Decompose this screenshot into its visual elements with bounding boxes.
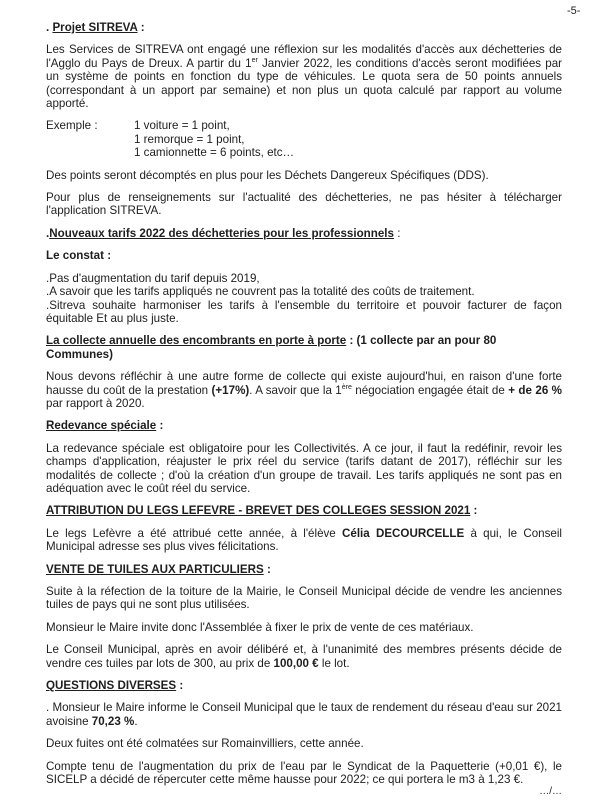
- superscript: ère: [342, 384, 352, 391]
- heading-title: QUESTIONS DIVERSES: [46, 679, 176, 692]
- section-heading-questions: QUESTIONS DIVERSES :: [46, 679, 562, 692]
- paragraph: Nous devons réfléchir à une autre forme …: [46, 370, 562, 410]
- subheading-constat: Le constat :: [46, 249, 562, 262]
- section-heading-tuiles: VENTE DE TUILES AUX PARTICULIERS :: [46, 563, 562, 576]
- page-number: -5-: [567, 5, 580, 18]
- heading-suffix: :: [138, 21, 145, 34]
- bold-text: (+17%): [212, 384, 250, 397]
- heading-suffix: :: [470, 504, 477, 517]
- heading-suffix: :: [264, 563, 271, 576]
- bold-text: Célia DECOURCELLE: [342, 527, 464, 540]
- heading-title: VENTE DE TUILES AUX PARTICULIERS: [46, 563, 264, 576]
- constat-item: .Pas d'augmentation du tarif depuis 2019…: [46, 272, 562, 285]
- paragraph: La redevance spéciale est obligatoire po…: [46, 442, 562, 496]
- paragraph: Compte tenu de l'augmentation du prix de…: [46, 760, 562, 787]
- text: par rapport à 2020.: [46, 397, 145, 410]
- heading-suffix: :: [394, 227, 400, 240]
- heading-title: Redevance spéciale: [46, 419, 156, 432]
- constat-item: .Sitreva souhaite harmoniser les tarifs …: [46, 299, 562, 326]
- example-item: 1 voiture = 1 point,: [134, 119, 294, 132]
- document-body: . Projet SITREVA : Les Services de SITRE…: [46, 21, 562, 799]
- text: négociation engagée était de: [352, 384, 508, 397]
- paragraph: Le legs Lefèvre a été attribué cette ann…: [46, 527, 562, 554]
- text: le lot.: [319, 657, 350, 670]
- constat-item: .A savoir que les tarifs appliqués ne co…: [46, 285, 562, 298]
- text: Le legs Lefèvre a été attribué cette ann…: [46, 527, 342, 540]
- paragraph: Pour plus de renseignements sur l'actual…: [46, 191, 562, 218]
- heading-title: ATTRIBUTION DU LEGS LEFEVRE - BREVET DES…: [46, 504, 470, 517]
- section-heading-collecte: La collecte annuelle des encombrants en …: [46, 334, 562, 361]
- example-item: 1 remorque = 1 point,: [134, 133, 294, 146]
- example-item: 1 camionnette = 6 points, etc…: [134, 146, 294, 159]
- heading-suffix: :: [156, 419, 163, 432]
- paragraph: . Monsieur le Maire informe le Conseil M…: [46, 701, 562, 728]
- section-heading-legs: ATTRIBUTION DU LEGS LEFEVRE - BREVET DES…: [46, 504, 562, 517]
- text: . A savoir que la 1: [249, 384, 342, 397]
- example-label: Exemple :: [46, 119, 134, 159]
- paragraph: Des points seront décomptés en plus pour…: [46, 169, 562, 182]
- heading-title: La collecte annuelle des encombrants en …: [46, 334, 346, 347]
- section-heading-tarifs: .Nouveaux tarifs 2022 des déchetteries p…: [46, 227, 562, 240]
- heading-suffix: :: [176, 679, 183, 692]
- continuation-mark: …/…: [46, 785, 562, 798]
- example-block: Exemple : 1 voiture = 1 point, 1 remorqu…: [46, 119, 562, 159]
- bold-text: 70,23 %: [92, 715, 135, 728]
- paragraph: Monsieur le Maire invite donc l'Assemblé…: [46, 621, 562, 634]
- section-heading-redevance: Redevance spéciale :: [46, 419, 562, 432]
- text: .: [134, 715, 137, 728]
- constat-list: .Pas d'augmentation du tarif depuis 2019…: [46, 272, 562, 326]
- heading-title: Nouveaux tarifs 2022 des déchetteries po…: [49, 227, 394, 240]
- heading-title: Projet SITREVA: [52, 21, 137, 34]
- paragraph: Deux fuites ont été colmatées sur Romain…: [46, 737, 562, 750]
- example-items: 1 voiture = 1 point, 1 remorque = 1 poin…: [134, 119, 294, 159]
- paragraph: Suite à la réfection de la toiture de la…: [46, 585, 562, 612]
- paragraph: Le Conseil Municipal, après en avoir dél…: [46, 643, 562, 670]
- paragraph: Les Services de SITREVA ont engagé une r…: [46, 43, 562, 110]
- bold-text: 100,00 €: [274, 657, 319, 670]
- section-heading-sitreva: . Projet SITREVA :: [46, 21, 562, 34]
- bold-text: + de 26 %: [508, 384, 562, 397]
